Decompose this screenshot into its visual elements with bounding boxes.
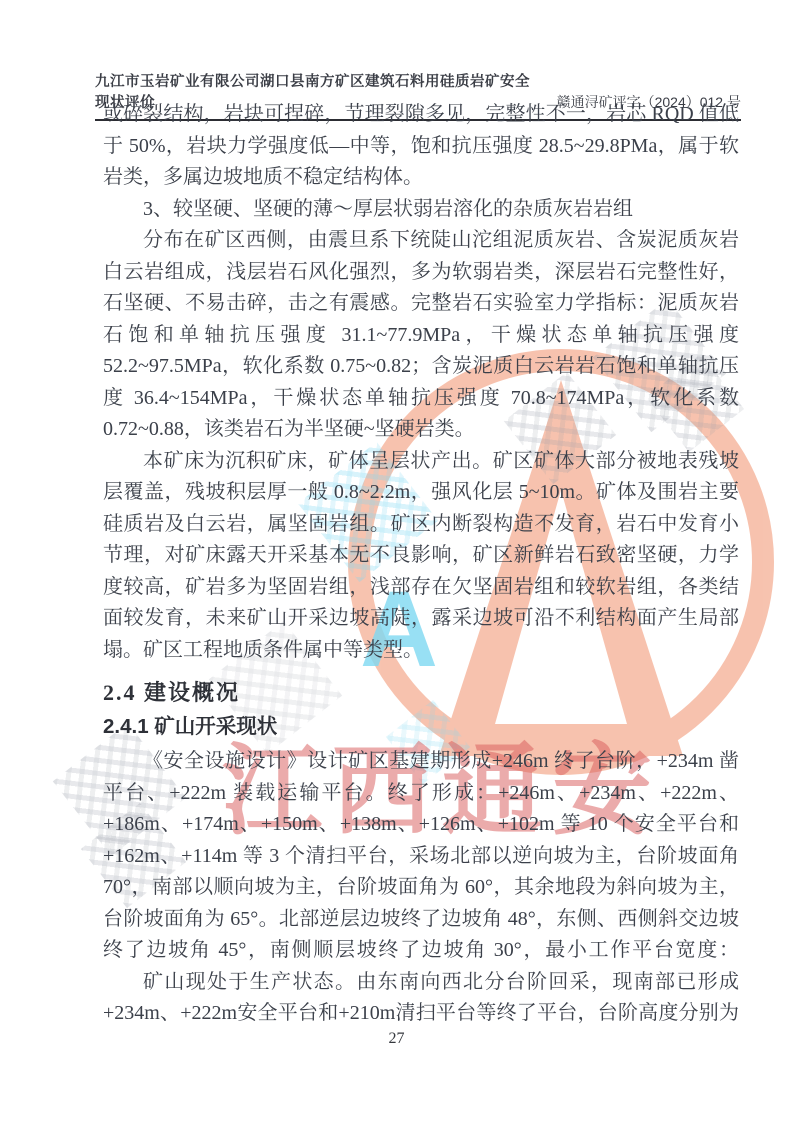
document-page: A 江西通安 九江市玉岩矿业有限公司湖口县南方矿区建筑石料用硅质岩矿安全现状评价… bbox=[0, 0, 793, 1122]
text-line: 本矿床为沉积矿床，矿体呈层状产出。矿区矿体大部分被地表残坡积 bbox=[103, 446, 739, 478]
text-line: 0.72~0.88，该类岩石为半坚硬~坚硬岩类。 bbox=[103, 414, 739, 446]
text-line: 52.2~97.5MPa，软化系数 0.75~0.82；含炭泥质白云岩岩石饱和单… bbox=[103, 351, 739, 383]
text-line: +234m、+222m安全平台和+210m清扫平台等终了平台，台阶高度分别为6m… bbox=[103, 998, 739, 1030]
text-line: 分布在矿区西侧，由震旦系下统陡山沱组泥质灰岩、含炭泥质灰岩和 bbox=[103, 225, 739, 257]
text-line: +162m、+114m 等 3 个清扫平台，采场北部以逆向坡为主，台阶坡面角为 bbox=[103, 841, 739, 873]
text-line: +186m、+174m、+150m、+138m、+126m、+102m 等 10… bbox=[103, 809, 739, 841]
page-footer: 27 bbox=[0, 1030, 793, 1048]
text-line: 《安全设施设计》设计矿区基建期形成+246m 终了台阶，+234m 凿岩 bbox=[103, 746, 739, 778]
text-line: 白云岩组成，浅层岩石风化强烈，多为软弱岩类，深层岩石完整性好，岩 bbox=[103, 257, 739, 289]
section-heading: 2.4 建设概况 bbox=[103, 676, 739, 710]
text-line: 岩类，多属边坡地质不稳定结构体。 bbox=[103, 162, 739, 194]
body-text: 或碎裂结构，岩块可捏碎，节理裂隙多见，完整性不一，岩芯 RQD 值低于 50%，… bbox=[103, 99, 739, 1030]
text-line: 台阶坡面角为 65°。北部逆层边坡终了边坡角 48°，东侧、西侧斜交边坡 bbox=[103, 904, 739, 936]
text-line: 硅质岩及白云岩，属坚固岩组。矿区内断裂构造不发育，岩石中发育小型 bbox=[103, 509, 739, 541]
subsection-heading: 2.4.1 矿山开采现状 bbox=[103, 710, 739, 743]
text-line: 度 36.4~154MPa，干燥状态单轴抗压强度 70.8~174MPa，软化系… bbox=[103, 383, 739, 415]
text-line: 度较高，矿岩多为坚固岩组，浅部存在欠坚固岩组和较软岩组，各类结构 bbox=[103, 572, 739, 604]
text-line: 于 50%，岩块力学强度低—中等，饱和抗压强度 28.5~29.8PMa，属于软… bbox=[103, 131, 739, 163]
page-number: 27 bbox=[389, 1030, 405, 1047]
text-line: 面较发育，未来矿山开采边坡高陡，露采边坡可沿不利结构面产生局部滑 bbox=[103, 603, 739, 635]
text-line: 塌。矿区工程地质条件属中等类型。 bbox=[103, 635, 739, 667]
text-line: 平台、+222m 装载运输平台。终了形成：+246m、+234m、+222m、+… bbox=[103, 778, 739, 810]
text-line: 层覆盖，残坡积层厚一般 0.8~2.2m，强风化层 5~10m。矿体及围岩主要为 bbox=[103, 477, 739, 509]
text-line: 节理，对矿床露天开采基本无不良影响，矿区新鲜岩石致密坚硬，力学强 bbox=[103, 540, 739, 572]
text-line: 矿山现处于生产状态。由东南向西北分台阶回采，现南部已形成+246m、 bbox=[103, 967, 739, 999]
text-line: 石坚硬、不易击碎，击之有震感。完整岩石实验室力学指标：泥质灰岩岩 bbox=[103, 288, 739, 320]
text-line: 终了边坡角 45°，南侧顺层坡终了边坡角 30°，最小工作平台宽度：38m。 bbox=[103, 935, 739, 967]
text-line: 70°，南部以顺向坡为主，台阶坡面角为 60°，其余地段为斜向坡为主， bbox=[103, 872, 739, 904]
text-line: 3、较坚硬、坚硬的薄～厚层状弱岩溶化的杂质灰岩岩组 bbox=[103, 194, 739, 226]
text-line: 石饱和单轴抗压强度 31.1~77.9MPa，干燥状态单轴抗压强度 bbox=[103, 320, 739, 352]
text-line: 或碎裂结构，岩块可捏碎，节理裂隙多见，完整性不一，岩芯 RQD 值低 bbox=[103, 99, 739, 131]
